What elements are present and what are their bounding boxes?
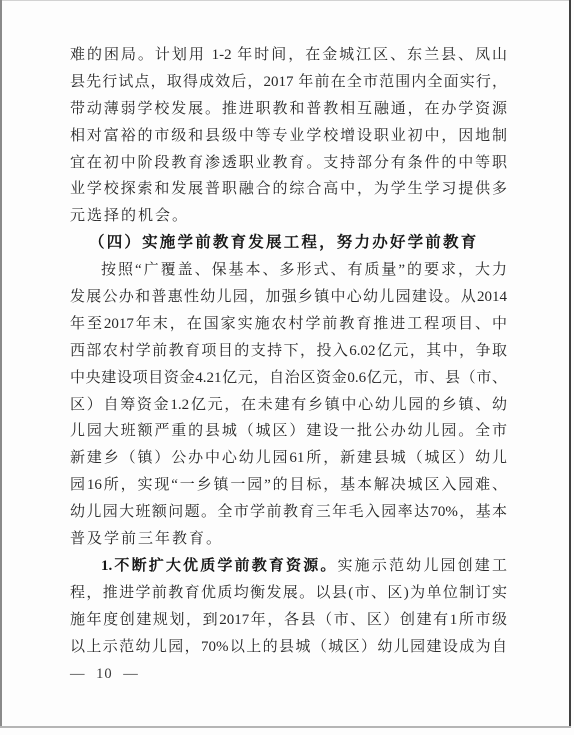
text-line: 普及学前三年教育。 xyxy=(70,526,507,553)
text-block: 难的困局。计划用 1-2 年时间，在金城江区、东兰县、凤山 县先行试点，取得成效… xyxy=(70,42,507,660)
scan-edge-right xyxy=(569,0,571,728)
emphasis-rest: 实施示范幼儿园创建工 xyxy=(338,558,507,574)
text-line: 县先行试点，取得成效后，2017 年前在全市范围内全面实行， xyxy=(70,69,507,96)
text-line: 相对富裕的市级和县级中等专业学校增设职业初中，因地制 xyxy=(70,123,507,150)
text-line: 中央建设项目资金4.21亿元，自治区资金0.6亿元，市、县（市、 xyxy=(70,365,507,392)
text-line: 1.不断扩大优质学前教育资源。实施示范幼儿园创建工 xyxy=(70,553,507,580)
text-line: 园16所，实现“一乡镇一园”的目标，基本解决城区入园难、 xyxy=(70,472,507,499)
section-heading: （四）实施学前教育发展工程，努力办好学前教育 xyxy=(70,230,507,257)
text-line: 以上示范幼儿园，70%以上的县城（城区）幼儿园建设成为自 xyxy=(70,634,507,661)
text-line: 带动薄弱学校发展。推进职教和普教相互融通，在办学资源 xyxy=(70,96,507,123)
text-line: 程，推进学前教育优质均衡发展。以县(市、区)为单位制订实 xyxy=(70,580,507,607)
text-line: 发展公办和普惠性幼儿园，加强乡镇中心幼儿园建设。从2014 xyxy=(70,284,507,311)
text-line: 儿园大班额严重的县城（城区）建设一批公办幼儿园。全市 xyxy=(70,418,507,445)
scan-edge-bottom xyxy=(0,726,571,728)
text-line: 幼儿园大班额问题。全市学前教育三年毛入园率达70%，基本 xyxy=(70,499,507,526)
text-line: 业学校探索和发展普职融合的综合高中，为学生学习提供多 xyxy=(70,176,507,203)
emphasis-lead: 1.不断扩大优质学前教育资源。 xyxy=(101,558,338,574)
scan-edge-top xyxy=(0,0,571,1)
text-line: 年至2017年末，在国家实施农村学前教育推进工程项目、中 xyxy=(70,311,507,338)
text-line: 施年度创建规划，到2017年，各县（市、区）创建有1所市级 xyxy=(70,607,507,634)
text-line: 西部农村学前教育项目的支持下，投入6.02亿元，其中，争取 xyxy=(70,338,507,365)
text-line: 区）自筹资金1.2亿元，在未建有乡镇中心幼儿园的乡镇、幼 xyxy=(70,392,507,419)
page-number: — 10 — xyxy=(70,664,139,684)
text-line: 新建乡（镇）公办中心幼儿园61所，新建县城（城区）幼儿 xyxy=(70,445,507,472)
scan-edge-left xyxy=(0,0,2,728)
text-line: 按照“广覆盖、保基本、多形式、有质量”的要求，大力 xyxy=(70,257,507,284)
document-page: 难的困局。计划用 1-2 年时间，在金城江区、东兰县、凤山 县先行试点，取得成效… xyxy=(0,0,574,735)
text-line: 元选择的机会。 xyxy=(70,203,507,230)
text-line: 宜在初中阶段教育渗透职业教育。支持部分有条件的中等职 xyxy=(70,150,507,177)
text-line: 难的困局。计划用 1-2 年时间，在金城江区、东兰县、凤山 xyxy=(70,42,507,69)
